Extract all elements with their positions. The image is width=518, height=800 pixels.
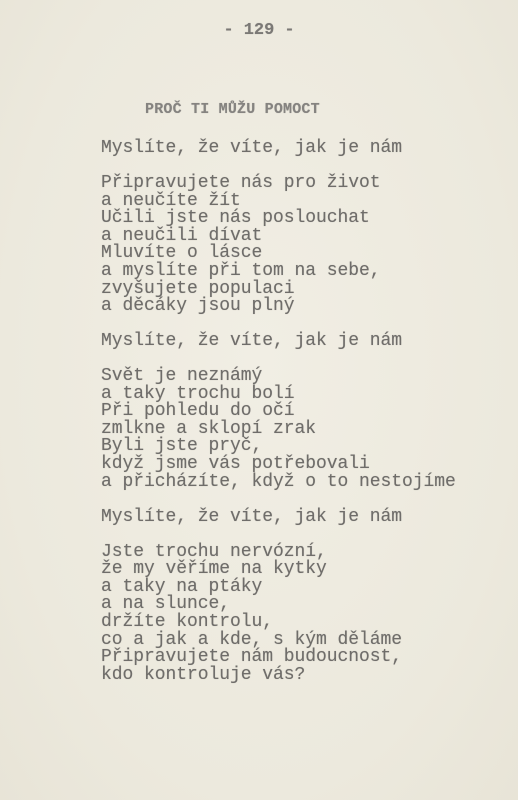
poem-line: a myslíte při tom na sebe, bbox=[101, 263, 456, 281]
poem-line: Myslíte, že víte, jak je nám bbox=[101, 509, 456, 527]
poem-line: Myslíte, že víte, jak je nám bbox=[101, 333, 456, 351]
page-number: - 129 - bbox=[0, 21, 518, 40]
stanza: Připravujete nás pro života neučíte žítU… bbox=[101, 175, 456, 316]
poem-line: a přicházíte, když o to nestojíme bbox=[101, 474, 456, 492]
poem-title: PROČ TI MŮŽU POMOCT bbox=[145, 101, 320, 118]
refrain-stanza: Myslíte, že víte, jak je nám bbox=[101, 333, 456, 351]
poem-line: Myslíte, že víte, jak je nám bbox=[101, 140, 456, 158]
stanza: Svět je neznámýa taky trochu bolíPři poh… bbox=[101, 368, 456, 491]
poem-line: držíte kontrolu, bbox=[101, 614, 456, 632]
poem-line: kdo kontroluje vás? bbox=[101, 667, 456, 685]
poem-body: Myslíte, že víte, jak je námPřipravujete… bbox=[101, 140, 456, 684]
poem-line: a děcáky jsou plný bbox=[101, 298, 456, 316]
poem-line: Připravujete nás pro život bbox=[101, 175, 456, 193]
stanza: Jste trochu nervózní,že my věříme na kyt… bbox=[101, 544, 456, 685]
refrain-stanza: Myslíte, že víte, jak je nám bbox=[101, 140, 456, 158]
typewritten-page: - 129 - PROČ TI MŮŽU POMOCT Myslíte, že … bbox=[0, 0, 518, 800]
refrain-stanza: Myslíte, že víte, jak je nám bbox=[101, 509, 456, 527]
